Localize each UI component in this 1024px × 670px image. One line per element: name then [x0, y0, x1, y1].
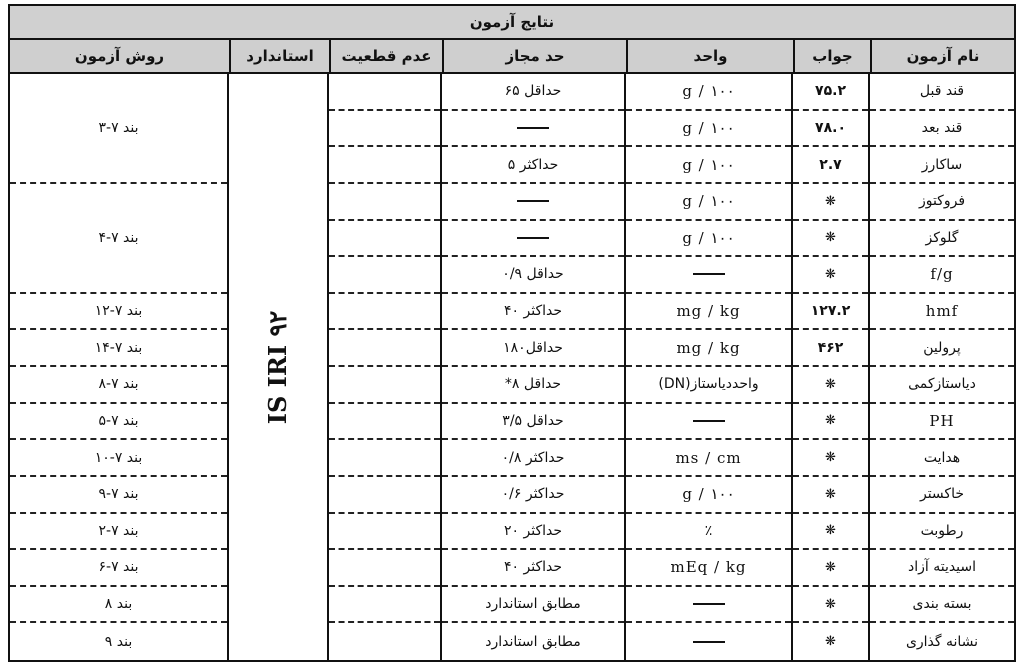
unit-cell-text: ms / cm: [675, 449, 741, 467]
test-name-cell: پرولین: [870, 330, 1014, 367]
uncertainty-cell: [329, 440, 440, 477]
method-cell: بند ۷-۵: [10, 404, 227, 441]
answer-cell: ۱۲۷.۲: [793, 294, 868, 331]
limit-cell: حداکثر ۵: [442, 147, 624, 184]
method-cell: بند ۷-۱۴: [10, 330, 227, 367]
method-cell: بند ۹: [10, 623, 227, 660]
uncertainty-cell: [329, 587, 440, 624]
column-unit: g / ۱۰۰g / ۱۰۰g / ۱۰۰g / ۱۰۰g / ۱۰۰mg / …: [626, 74, 791, 660]
uncertainty-cell: [329, 147, 440, 184]
column-answer: ۷۵.۲۷۸.۰۲.۷❋❋❋۱۲۷.۲۴۶۲❋❋❋❋❋❋❋❋: [793, 74, 868, 660]
method-label: بند ۷-۵: [98, 413, 138, 429]
unit-cell: واحددیاستاز(DN): [626, 367, 791, 404]
answer-cell-text: ۴۶۲: [818, 340, 844, 356]
method-cell: بند ۷-۱۲: [10, 294, 227, 331]
answer-cell: ❋: [793, 221, 868, 258]
limit-cell: مطابق استاندارد: [442, 587, 624, 624]
unit-cell-text: g / ۱۰۰: [682, 192, 734, 210]
limit-cell-text: حداقل ۳/۵: [502, 413, 563, 429]
dash-icon: [693, 603, 725, 605]
method-label: بند ۷-۲: [98, 523, 138, 539]
limit-cell-text: مطابق استاندارد: [485, 596, 581, 612]
test-name-cell: ساکارز: [870, 147, 1014, 184]
unit-cell: g / ۱۰۰: [626, 111, 791, 148]
test-name-cell-text: خاکستر: [920, 486, 964, 502]
test-name-cell-text: اسیدیته آزاد: [908, 559, 976, 575]
unit-cell-text: mEq / kg: [670, 558, 746, 576]
answer-cell-text: ۲.۷: [819, 157, 841, 173]
answer-cell: ❋: [793, 440, 868, 477]
unit-cell-text: g / ۱۰۰: [682, 119, 734, 137]
unit-cell: g / ۱۰۰: [626, 74, 791, 111]
unit-cell-text: g / ۱۰۰: [682, 156, 734, 174]
limit-cell: حداکثر ۴۰: [442, 294, 624, 331]
answer-cell-text: ۷۵.۲: [815, 83, 846, 99]
unit-cell: g / ۱۰۰: [626, 147, 791, 184]
test-name-cell: قند بعد: [870, 111, 1014, 148]
limit-cell: حداقل ۸*: [442, 367, 624, 404]
test-name-cell-text: PH: [929, 412, 954, 430]
limit-cell-text: حداکثر ۰/۸: [502, 450, 565, 466]
uncertainty-cell: [329, 184, 440, 221]
method-label: بند ۷-۴: [98, 230, 138, 246]
dash-icon: [517, 200, 549, 202]
test-name-cell-text: فروکتوز: [919, 193, 965, 209]
answer-cell-text: ❋: [825, 377, 836, 392]
answer-cell: ۴۶۲: [793, 330, 868, 367]
column-uncertainty: [329, 74, 440, 660]
unit-cell: g / ۱۰۰: [626, 184, 791, 221]
unit-cell: [626, 257, 791, 294]
unit-cell: g / ۱۰۰: [626, 477, 791, 514]
header-unit: واحد: [626, 40, 793, 72]
answer-cell-text: ❋: [825, 634, 836, 649]
answer-cell: ❋: [793, 404, 868, 441]
unit-cell-text: ٪: [705, 523, 713, 539]
header-answer: جواب: [793, 40, 870, 72]
limit-cell: حداکثر ۴۰: [442, 550, 624, 587]
method-cell: بند ۷-۸: [10, 367, 227, 404]
limit-cell: حداقل۱۸۰: [442, 330, 624, 367]
answer-cell-text: ۱۲۷.۲: [811, 303, 851, 319]
test-name-cell: بسته بندی: [870, 587, 1014, 624]
column-test-name: قند قبلقند بعدساکارزفروکتوزگلوکزf/ghmfپر…: [870, 74, 1014, 660]
unit-cell-text: g / ۱۰۰: [682, 485, 734, 503]
test-name-cell-text: گلوکز: [926, 230, 959, 246]
dash-icon: [517, 127, 549, 129]
uncertainty-cell: [329, 221, 440, 258]
column-method: بند ۷-۳بند ۷-۴بند ۷-۱۲بند ۷-۱۴بند ۷-۸بند…: [10, 74, 227, 660]
unit-cell: [626, 587, 791, 624]
table-title: نتایج آزمون: [10, 6, 1014, 40]
test-name-cell: فروکتوز: [870, 184, 1014, 221]
limit-cell-text: مطابق استاندارد: [485, 634, 581, 650]
header-test-name: نام آزمون: [870, 40, 1014, 72]
answer-cell-text: ❋: [825, 194, 836, 209]
limit-cell: [442, 111, 624, 148]
header-method: روش آزمون: [10, 40, 229, 72]
test-name-cell: دیاستازکمی: [870, 367, 1014, 404]
uncertainty-cell: [329, 257, 440, 294]
unit-cell: ٪: [626, 514, 791, 551]
test-name-cell: نشانه گذاری: [870, 623, 1014, 660]
limit-cell-text: حداکثر ۲۰: [504, 523, 562, 539]
limit-cell-text: حداقل ۸*: [505, 376, 561, 392]
test-name-cell: اسیدیته آزاد: [870, 550, 1014, 587]
test-name-cell: گلوکز: [870, 221, 1014, 258]
uncertainty-cell: [329, 514, 440, 551]
uncertainty-cell: [329, 294, 440, 331]
answer-cell-text: ۷۸.۰: [815, 120, 846, 136]
standard-value: IS IRI ۹۲: [263, 310, 292, 423]
dash-icon: [693, 273, 725, 275]
test-name-cell: hmf: [870, 294, 1014, 331]
answer-cell-text: ❋: [825, 487, 836, 502]
uncertainty-cell: [329, 330, 440, 367]
answer-cell: ❋: [793, 514, 868, 551]
method-cell: بند ۸: [10, 587, 227, 624]
column-limit: حداقل ۶۵حداکثر ۵حداقل ۰/۹حداکثر ۴۰حداقل۱…: [442, 74, 624, 660]
limit-cell: حداکثر ۰/۸: [442, 440, 624, 477]
answer-cell-text: ❋: [825, 230, 836, 245]
table-body: قند قبلقند بعدساکارزفروکتوزگلوکزf/ghmfپر…: [10, 74, 1014, 660]
column-standard: IS IRI ۹۲: [229, 74, 327, 660]
method-label: بند ۷-۶: [98, 559, 138, 575]
header-uncertainty: عدم قطعیت: [329, 40, 442, 72]
unit-cell: mg / kg: [626, 294, 791, 331]
method-label: بند ۷-۱۲: [95, 303, 143, 319]
limit-cell: حداکثر ۲۰: [442, 514, 624, 551]
method-cell: بند ۷-۴: [10, 184, 227, 294]
answer-cell-text: ❋: [825, 523, 836, 538]
header-limit: حد مجاز: [442, 40, 626, 72]
test-name-cell: f/g: [870, 257, 1014, 294]
limit-cell: حداقل ۳/۵: [442, 404, 624, 441]
limit-cell: [442, 184, 624, 221]
test-name-cell-text: قند بعد: [922, 120, 963, 136]
unit-cell-text: mg / kg: [676, 339, 740, 357]
test-name-cell: خاکستر: [870, 477, 1014, 514]
limit-cell-text: حداکثر ۰/۶: [502, 486, 565, 502]
method-label: بند ۹: [105, 634, 132, 650]
test-name-cell-text: نشانه گذاری: [906, 634, 978, 650]
limit-cell-text: حداقل ۶۵: [505, 83, 562, 99]
answer-cell: ۷۸.۰: [793, 111, 868, 148]
method-label: بند ۷-۹: [98, 486, 138, 502]
test-name-cell-text: رطوبت: [921, 523, 964, 539]
answer-cell-text: ❋: [825, 413, 836, 428]
uncertainty-cell: [329, 623, 440, 660]
test-name-cell-text: بسته بندی: [913, 596, 972, 612]
limit-cell: [442, 221, 624, 258]
method-label: بند ۷-۱۴: [95, 340, 143, 356]
test-name-cell-text: ساکارز: [922, 157, 962, 173]
uncertainty-cell: [329, 111, 440, 148]
limit-cell: حداکثر ۰/۶: [442, 477, 624, 514]
answer-cell: ❋: [793, 257, 868, 294]
method-label: بند ۷-۱۰: [95, 450, 143, 466]
answer-cell-text: ❋: [825, 560, 836, 575]
answer-cell-text: ❋: [825, 597, 836, 612]
limit-cell-text: حداقل ۰/۹: [502, 266, 563, 282]
unit-cell: [626, 623, 791, 660]
dash-icon: [693, 641, 725, 643]
answer-cell: ❋: [793, 550, 868, 587]
uncertainty-cell: [329, 367, 440, 404]
answer-cell: ❋: [793, 184, 868, 221]
test-name-cell-text: پرولین: [923, 340, 961, 356]
dash-icon: [693, 420, 725, 422]
method-cell: بند ۷-۳: [10, 74, 227, 184]
test-name-cell-text: hmf: [926, 302, 958, 320]
test-name-cell-text: هدایت: [924, 450, 960, 466]
unit-cell-text: واحددیاستاز(DN): [658, 376, 758, 392]
test-name-cell-text: دیاستازکمی: [908, 376, 976, 392]
limit-cell-text: حداکثر ۵: [508, 157, 559, 173]
answer-cell: ۷۵.۲: [793, 74, 868, 111]
method-label: بند ۸: [105, 596, 132, 612]
answer-cell: ❋: [793, 477, 868, 514]
method-cell: بند ۷-۹: [10, 477, 227, 514]
test-name-cell-text: قند قبل: [920, 83, 964, 99]
test-name-cell-text: f/g: [930, 265, 953, 283]
method-label: بند ۷-۸: [98, 376, 138, 392]
limit-cell: مطابق استاندارد: [442, 623, 624, 660]
unit-cell: g / ۱۰۰: [626, 221, 791, 258]
answer-cell-text: ❋: [825, 450, 836, 465]
unit-cell-text: mg / kg: [676, 302, 740, 320]
answer-cell-text: ❋: [825, 267, 836, 282]
uncertainty-cell: [329, 404, 440, 441]
uncertainty-cell: [329, 74, 440, 111]
answer-cell: ۲.۷: [793, 147, 868, 184]
answer-cell: ❋: [793, 623, 868, 660]
unit-cell-text: g / ۱۰۰: [682, 229, 734, 247]
unit-cell: mEq / kg: [626, 550, 791, 587]
limit-cell-text: حداکثر ۴۰: [504, 559, 562, 575]
unit-cell-text: g / ۱۰۰: [682, 82, 734, 100]
test-name-cell: PH: [870, 404, 1014, 441]
limit-cell: حداقل ۰/۹: [442, 257, 624, 294]
header-standard: استاندارد: [229, 40, 329, 72]
unit-cell: ms / cm: [626, 440, 791, 477]
method-cell: بند ۷-۲: [10, 514, 227, 551]
answer-cell: ❋: [793, 587, 868, 624]
method-cell: بند ۷-۶: [10, 550, 227, 587]
limit-cell-text: حداقل۱۸۰: [503, 340, 563, 356]
test-name-cell: رطوبت: [870, 514, 1014, 551]
header-row: نام آزمون جواب واحد حد مجاز عدم قطعیت اس…: [10, 40, 1014, 74]
limit-cell: حداقل ۶۵: [442, 74, 624, 111]
test-name-cell: هدایت: [870, 440, 1014, 477]
limit-cell-text: حداکثر ۴۰: [504, 303, 562, 319]
unit-cell: [626, 404, 791, 441]
unit-cell: mg / kg: [626, 330, 791, 367]
uncertainty-cell: [329, 550, 440, 587]
answer-cell: ❋: [793, 367, 868, 404]
dash-icon: [517, 237, 549, 239]
method-cell: بند ۷-۱۰: [10, 440, 227, 477]
uncertainty-cell: [329, 477, 440, 514]
test-results-table: نتایج آزمون نام آزمون جواب واحد حد مجاز …: [8, 4, 1016, 662]
method-label: بند ۷-۳: [98, 120, 138, 136]
test-name-cell: قند قبل: [870, 74, 1014, 111]
